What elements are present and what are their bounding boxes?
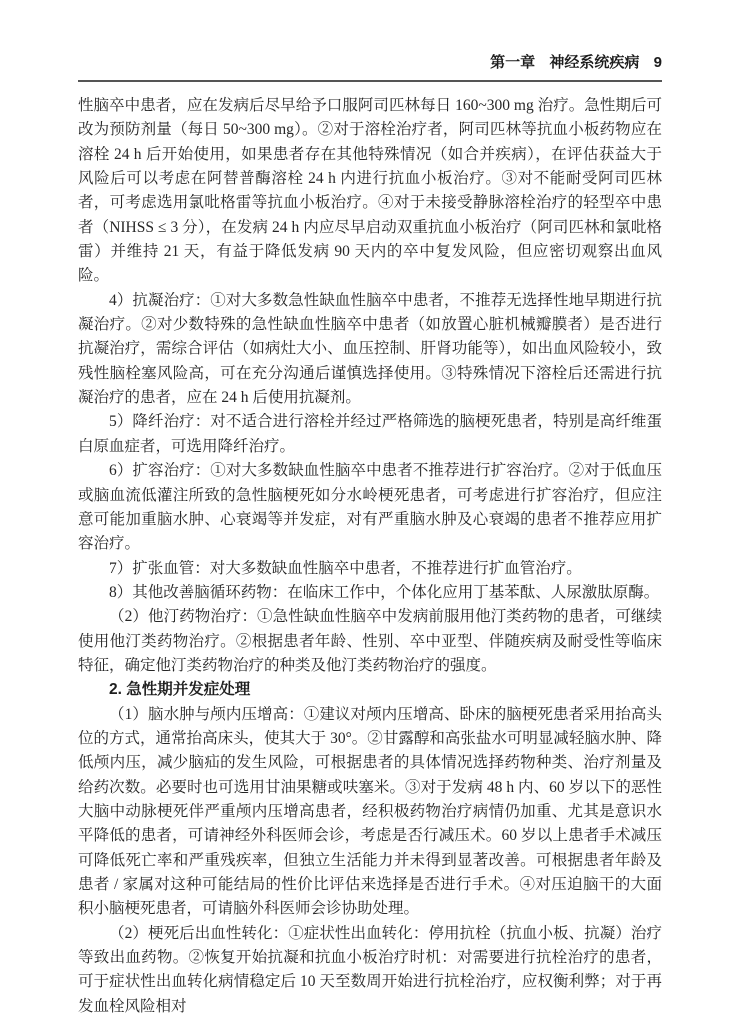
paragraph-other-circulation-drugs: 8）其他改善脑循环药物：在临床工作中，个体化应用丁基苯酞、人尿激肽原酶。 [78, 581, 662, 605]
page-header: 第一章神经系统疾病9 [78, 53, 662, 73]
paragraph-cerebral-edema: （1）脑水肿与颅内压增高：①建议对颅内压增高、卧床的脑梗死患者采用抬高头位的方式… [78, 703, 662, 922]
paragraph-continuation: 性脑卒中患者，应在发病后尽早给予口服阿司匹林每日 160~300 mg 治疗。急… [78, 94, 662, 289]
page-number: 9 [654, 54, 662, 71]
chapter-title: 神经系统疾病 [549, 54, 639, 71]
page-body: 性脑卒中患者，应在发病后尽早给予口服阿司匹林每日 160~300 mg 治疗。急… [78, 94, 662, 1017]
paragraph-vasodilation: 7）扩张血管：对大多数缺血性脑卒中患者，不推荐进行扩血管治疗。 [78, 557, 662, 581]
paragraph-statin-therapy: （2）他汀药物治疗：①急性缺血性脑卒中发病前服用他汀类药物的患者，可继续使用他汀… [78, 605, 662, 678]
paragraph-hemorrhagic-transformation: （2）梗死后出血性转化：①症状性出血转化：停用抗栓（抗血小板、抗凝）治疗等致出血… [78, 922, 662, 1017]
book-page: 第一章神经系统疾病9 性脑卒中患者，应在发病后尽早给予口服阿司匹林每日 160~… [0, 0, 730, 1017]
section-heading-complications: 2. 急性期并发症处理 [78, 678, 662, 702]
paragraph-anticoagulation: 4）抗凝治疗：①对大多数急性缺血性脑卒中患者，不推荐无选择性地早期进行抗凝治疗。… [78, 289, 662, 411]
chapter-label: 第一章 [490, 54, 535, 71]
paragraph-defibrinogen: 5）降纤治疗：对不适合进行溶栓并经过严格筛选的脑梗死患者，特别是高纤维蛋白原血症… [78, 410, 662, 459]
header-rule [78, 80, 662, 82]
paragraph-volume-expansion: 6）扩容治疗：①对大多数缺血性脑卒中患者不推荐进行扩容治疗。②对于低血压或脑血流… [78, 459, 662, 556]
